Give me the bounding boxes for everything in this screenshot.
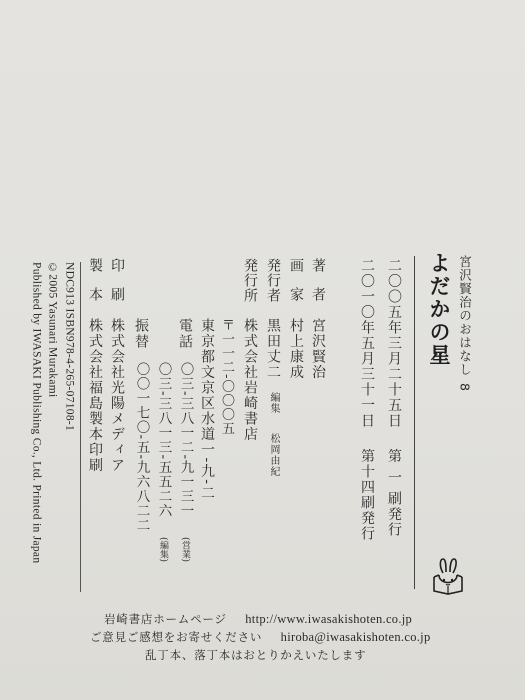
editor-name: 松岡由紀 <box>268 433 278 477</box>
phone-sales-tag: (営業) <box>180 537 189 562</box>
printer-label: 印刷 <box>110 258 124 316</box>
author-name: 宮沢賢治 <box>311 318 325 380</box>
publishing-house-name: 株式会社岩崎書店 <box>243 318 257 442</box>
edition-date: 二〇〇五年三月二十五日 <box>386 258 402 429</box>
printer-name: 株式会社光陽メディア <box>110 318 124 473</box>
feedback-label: ご意見ご感想をお寄せください <box>90 630 262 644</box>
artist-name: 村上康成 <box>289 318 303 380</box>
edition-date: 二〇一〇年五月三十一日 <box>359 258 375 429</box>
series-name: 宮沢賢治のおはなし <box>458 255 473 377</box>
publishing-house-label: 発行所 <box>243 258 257 303</box>
address: 東京都文京区水道一-九-二 <box>200 318 214 501</box>
editor-label: 編集 <box>268 392 278 414</box>
author-label: 著者 <box>311 258 325 316</box>
series-label: 宮沢賢治のおはなし8 <box>458 255 471 391</box>
homepage-row: 岩崎書店ホームページ http://www.iwasakishoten.co.j… <box>104 611 412 627</box>
isbn-line: NDC913 ISBN978-4-265-07108-1 <box>63 262 75 431</box>
binder-label: 製本 <box>88 258 102 316</box>
publisher-label: 発行者 <box>266 258 280 303</box>
published-by-line: Published by IWASAKI Publishing Co., Ltd… <box>30 262 42 563</box>
feedback-row: ご意見ご感想をお寄せください hiroba@iwasakishoten.co.j… <box>90 629 431 645</box>
book-title: よだかの星 <box>428 252 449 367</box>
replacement-notice: 乱丁本、落丁本はおとりかえいたします <box>145 647 366 663</box>
copyright-line: ©2005 Yasunari Murakami <box>46 262 58 398</box>
divider-right <box>414 256 415 589</box>
phone-sales: 〇三-三八一二-九一三一 <box>178 362 192 518</box>
postal-code: 〒一一二-〇〇〇五 <box>220 318 233 435</box>
artist-label: 画家 <box>289 258 303 316</box>
publisher-name: 黒田丈二 <box>266 318 280 380</box>
phone-editorial: 〇三-三八一三-五五二六 <box>156 362 170 518</box>
rabbit-reading-book-icon <box>430 557 466 597</box>
feedback-email[interactable]: hiroba@iwasakishoten.co.jp <box>281 630 431 644</box>
transfer-number: 〇〇一七〇-五-九六八二二 <box>134 362 148 533</box>
edition-printing: 第十四刷発行 <box>359 449 375 542</box>
transfer-label: 振替 <box>134 318 148 350</box>
homepage-url[interactable]: http://www.iwasakishoten.co.jp <box>245 612 412 626</box>
edition-latest: 二〇一〇年五月三十一日第十四刷発行 <box>360 258 374 542</box>
binder-name: 株式会社福島製本印刷 <box>88 318 102 473</box>
phone-editorial-tag: (編集) <box>158 537 167 562</box>
divider-left <box>80 262 81 592</box>
phone-label: 電話 <box>178 318 192 350</box>
edition-printing: 第 一 刷発行 <box>386 449 402 538</box>
homepage-label: 岩崎書店ホームページ <box>104 612 227 626</box>
edition-first: 二〇〇五年三月二十五日第 一 刷発行 <box>387 258 401 538</box>
series-number: 8 <box>458 383 471 392</box>
